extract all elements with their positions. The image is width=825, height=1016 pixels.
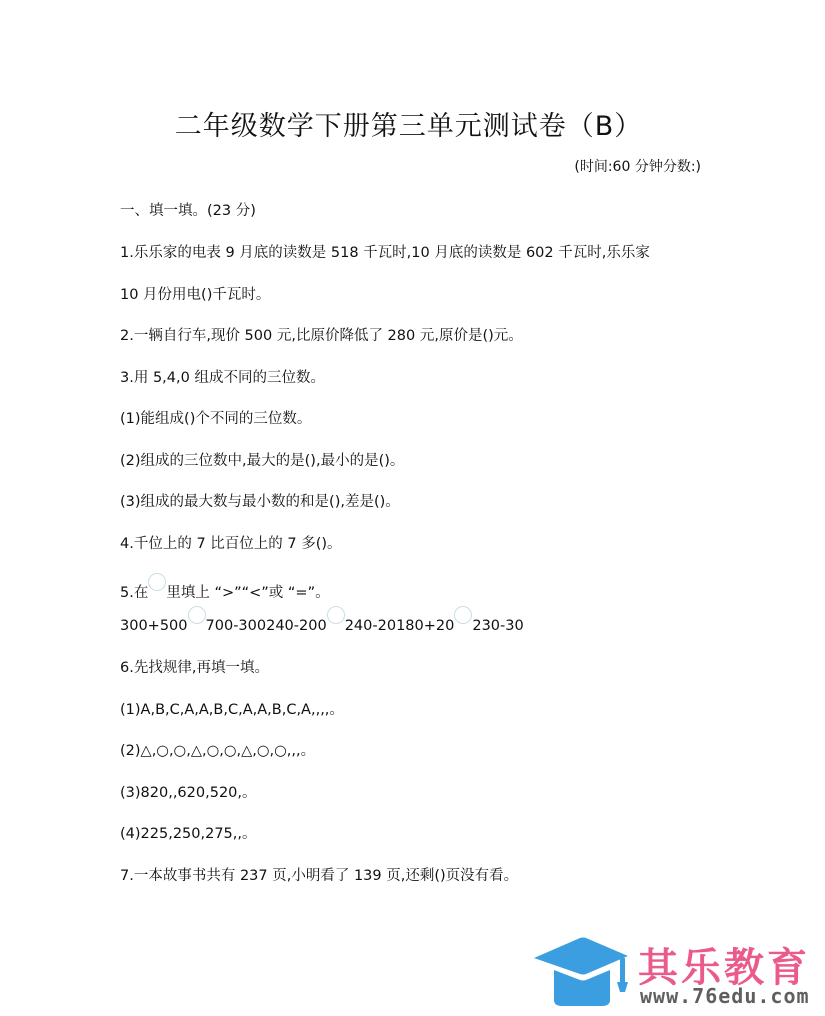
watermark-logo: 其乐教育 www.76edu.com: [532, 934, 822, 1009]
question-3-part-3: (3)组成的最大数与最小数的和是(),差是()。: [120, 490, 400, 511]
answer-circle-icon: [148, 573, 166, 591]
section-heading: 一、填一填。(23 分): [120, 199, 256, 220]
time-score-info: (时间:60 分钟分数:): [574, 156, 701, 176]
question-6: 6.先找规律,再填一填。: [120, 656, 269, 677]
compare-circle-1[interactable]: [188, 606, 206, 624]
question-5-comparisons: 300+500700-300240-200240-20180+20230-30: [120, 606, 524, 634]
document-title: 二年级数学下册第三单元测试卷（B）: [0, 104, 825, 143]
question-3-part-2: (2)组成的三位数中,最大的是(),最小的是()。: [120, 449, 404, 470]
question-6-part-2: (2)△,○,○,△,○,○,△,○,○,,,。: [120, 739, 315, 760]
compare-left-3: 180+20: [396, 618, 454, 634]
document-title-text: 二年级数学下册第三单元测试卷（B）: [175, 104, 643, 143]
question-6-part-4: (4)225,250,275,,。: [120, 822, 257, 843]
compare-left-2: 240-200: [266, 618, 327, 634]
question-1-line-1: 1.乐乐家的电表 9 月底的读数是 518 千瓦时,10 月底的读数是 602 …: [120, 241, 650, 262]
question-5-suffix: 里填上 “>”“<”或 “=”。: [166, 585, 329, 601]
question-1-line-2: 10 月份用电()千瓦时。: [120, 283, 270, 304]
question-6-part-1: (1)A,B,C,A,A,B,C,A,A,B,C,A,,,,。: [120, 698, 344, 719]
question-5-prefix: 5.在: [120, 585, 148, 601]
question-5-instruction: 5.在里填上 “>”“<”或 “=”。: [120, 573, 330, 602]
compare-right-3: 230-30: [472, 618, 523, 634]
graduation-cap-icon: [532, 934, 632, 1009]
compare-right-1: 700-300: [206, 618, 267, 634]
question-4: 4.千位上的 7 比百位上的 7 多()。: [120, 532, 342, 553]
question-2: 2.一辆自行车,现价 500 元,比原价降低了 280 元,原价是()元。: [120, 324, 523, 345]
compare-left-1: 300+500: [120, 618, 188, 634]
question-3: 3.用 5,4,0 组成不同的三位数。: [120, 366, 325, 387]
compare-circle-2[interactable]: [327, 606, 345, 624]
question-6-part-3: (3)820,,620,520,。: [120, 781, 257, 802]
question-3-part-1: (1)能组成()个不同的三位数。: [120, 407, 311, 428]
brand-url: www.76edu.com: [640, 984, 810, 1008]
compare-circle-3[interactable]: [454, 606, 472, 624]
question-7: 7.一本故事书共有 237 页,小明看了 139 页,还剩()页没有看。: [120, 864, 518, 885]
compare-right-2: 240-20: [345, 618, 396, 634]
